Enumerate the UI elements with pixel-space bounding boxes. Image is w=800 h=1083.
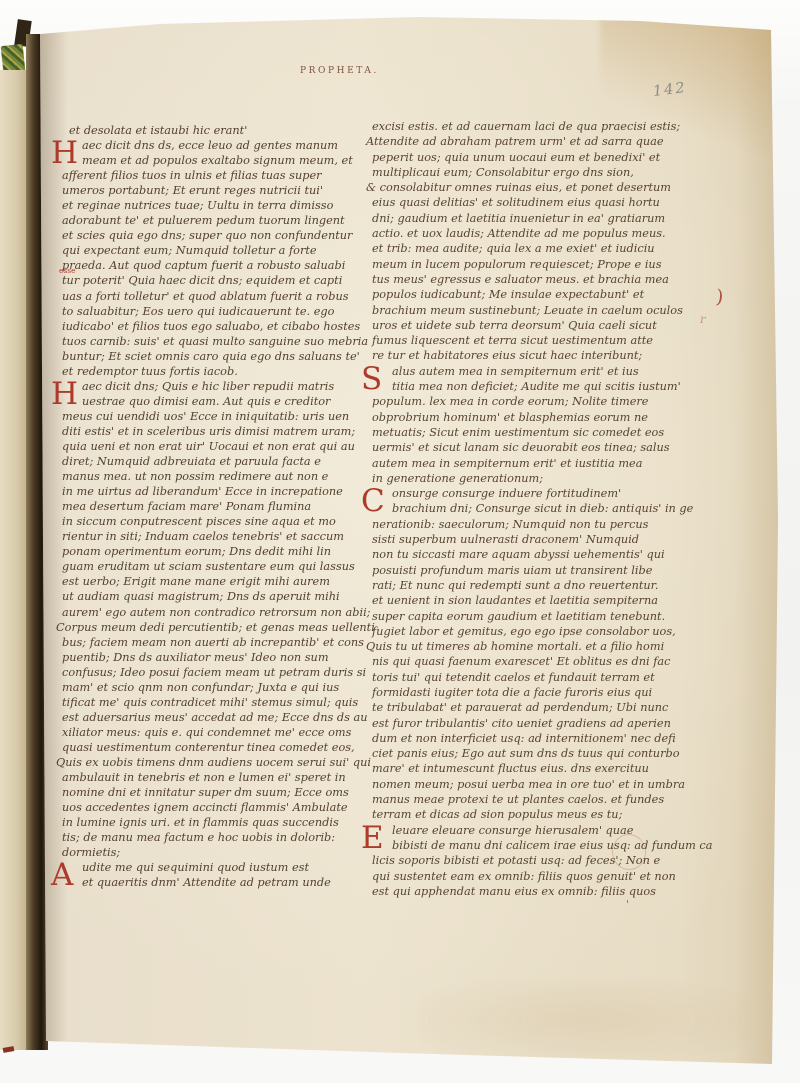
text-line: Haec dicit dns ds, ecce leuo ad gentes m… bbox=[62, 139, 364, 154]
text-line: et desolata et istaubi hic erant' bbox=[62, 124, 364, 139]
text-line: diret; Numquid adbreuiata et paruula fac… bbox=[62, 455, 364, 470]
text-line-content: meum in lucem populorum requiescet; Prop… bbox=[372, 258, 662, 271]
text-line-content: tis; de manu mea factum e hoc uobis in d… bbox=[62, 831, 335, 844]
text-line-content: aec dicit dns; Quis e hic liber repudii … bbox=[82, 380, 334, 393]
text-line-content: titia mea non deficiet; Audite me qui sc… bbox=[392, 380, 681, 393]
text-line: dni; gaudium et laetitia inuenietur in e… bbox=[372, 212, 722, 227]
text-line: adorabunt te' et puluerem pedum tuorum l… bbox=[62, 214, 364, 229]
text-line: ut audiam quasi magistrum; Dns ds aperui… bbox=[62, 590, 364, 605]
text-line: mam' et scio qnm non confundar; Juxta e … bbox=[62, 681, 364, 696]
text-line: multiplicaui eum; Consolabitur ergo dns … bbox=[372, 166, 722, 181]
text-line-content: uas a forti tolletur' et quod ablatum fu… bbox=[62, 290, 349, 303]
text-line-content: manus meae protexi te ut plantes caelos.… bbox=[372, 793, 664, 806]
text-line: Corpus meum dedi percutientib; et genas … bbox=[56, 621, 364, 636]
text-line: bus; faciem meam non auerti ab increpant… bbox=[62, 636, 364, 651]
text-line-content: & consolabitur omnes ruinas eius, et pon… bbox=[366, 181, 671, 194]
text-line: aurem' ego autem non contradico retrorsu… bbox=[62, 606, 364, 621]
text-line-content: bus; faciem meam non auerti ab increpant… bbox=[62, 636, 364, 649]
text-line-content: nerationib: saeculorum; Numquid non tu p… bbox=[372, 518, 648, 531]
text-line-content: mam' et scio qnm non confundar; Juxta e … bbox=[62, 681, 339, 694]
text-line-content: est uerbo; Erigit mane mane erigit mihi … bbox=[62, 575, 330, 588]
text-line: ciet panis eius; Ego aut sum dns ds tuus… bbox=[372, 747, 722, 762]
text-line-content: et scies quia ego dns; super quo non con… bbox=[62, 229, 352, 242]
text-line: eius quasi delitias' et solitudinem eius… bbox=[372, 196, 722, 211]
text-line-content: udite me qui sequimini quod iustum est bbox=[82, 861, 309, 874]
text-line: Consurge consurge induere fortitudinem' bbox=[372, 487, 722, 502]
text-line-content: terram et dicas ad sion populus meus es … bbox=[372, 808, 622, 821]
text-line-content: to saluabitur; Eos uero qui iudicauerunt… bbox=[62, 305, 334, 318]
text-line: non tu siccasti mare aquam abyssi ueheme… bbox=[372, 548, 722, 563]
text-line-content: tur poterit' Quia haec dicit dns; equide… bbox=[62, 274, 342, 287]
text-line-content: tificat me' quis contradicet mihi' stemu… bbox=[62, 696, 358, 709]
text-line: uermis' et sicut lanam sic deuorabit eos… bbox=[372, 441, 722, 456]
text-column-left: esse et desolata et istaubi hic erant'Ha… bbox=[62, 124, 364, 891]
text-line: meus cui uendidi uos' Ecce in iniquitati… bbox=[62, 410, 364, 425]
text-line-content: in me uirtus ad liberandum' Ecce in incr… bbox=[62, 485, 343, 498]
rubric-initial: E bbox=[361, 823, 384, 853]
text-line: ambulauit in tenebris et non e lumen ei'… bbox=[62, 771, 364, 786]
text-line-content: quia ueni et non erat uir' Uocaui et non… bbox=[62, 440, 355, 453]
text-line: et scies quia ego dns; super quo non con… bbox=[62, 229, 364, 244]
text-line: te tribulabat' et parauerat ad perdendum… bbox=[372, 701, 722, 716]
text-line-content: et quaeritis dnm' Attendite ad petram un… bbox=[82, 876, 331, 889]
text-line-content: excisi estis. et ad cauernam laci de qua… bbox=[372, 120, 680, 133]
text-line: populum. lex mea in corde eorum; Nolite … bbox=[372, 395, 722, 410]
text-line: dum et non interficiet usq: ad interniti… bbox=[372, 732, 722, 747]
text-line: uas a forti tolletur' et quod ablatum fu… bbox=[62, 290, 364, 305]
text-line: afferent filios tuos in ulnis et filias … bbox=[62, 169, 364, 184]
text-line-content: est furor tribulantis' cito ueniet gradi… bbox=[372, 717, 671, 730]
text-line-content: populum. lex mea in corde eorum; Nolite … bbox=[372, 395, 648, 408]
text-line-content: autem mea in sempiternum erit' et iustit… bbox=[372, 457, 642, 470]
text-line: puentib; Dns ds auxiliator meus' Ideo no… bbox=[62, 651, 364, 666]
text-line: diti estis' et in sceleribus uris dimisi… bbox=[62, 425, 364, 440]
text-line-content: ponam operimentum eorum; Dns dedit mihi … bbox=[62, 545, 331, 558]
text-line: populos iudicabunt; Me insulae expectabu… bbox=[372, 288, 722, 303]
text-line-content: uermis' et sicut lanam sic deuorabit eos… bbox=[372, 441, 670, 454]
text-column-right: excisi estis. et ad cauernam laci de qua… bbox=[372, 120, 722, 900]
text-line-content: fumus liquescent et terra sicut uestimen… bbox=[372, 334, 653, 347]
text-line: actio. et uox laudis; Attendite ad me po… bbox=[372, 227, 722, 242]
running-title: PROPHETA. bbox=[300, 66, 379, 76]
rubric-initial: H bbox=[51, 379, 78, 409]
text-line: tus meus' egressus e saluator meus. et b… bbox=[372, 273, 722, 288]
text-line: Quis ex uobis timens dnm audiens uocem s… bbox=[56, 756, 364, 771]
text-line: super capita eorum gaudium et laetitiam … bbox=[372, 610, 722, 625]
text-line: est aduersarius meus' accedat ad me; Ecc… bbox=[62, 711, 364, 726]
text-line: nomen meum; posui uerba mea in ore tuo' … bbox=[372, 778, 722, 793]
text-line-content: diret; Numquid adbreuiata et paruula fac… bbox=[62, 455, 321, 468]
text-line: Audite me qui sequimini quod iustum est bbox=[62, 861, 364, 876]
text-line-content: uos accedentes ignem accincti flammis' A… bbox=[62, 801, 348, 814]
rubric-initial: S bbox=[361, 364, 382, 394]
text-line: brachium meum sustinebunt; Leuate in cae… bbox=[372, 304, 722, 319]
text-line-content: puentib; Dns ds auxiliator meus' Ideo no… bbox=[62, 651, 329, 664]
text-line: tuos carnib: suis' et quasi multo sangui… bbox=[62, 335, 364, 350]
text-line: praeda. Aut quod captum fuerit a robusto… bbox=[62, 259, 364, 274]
text-line-content: fugiet labor et gemitus, ego ego ipse co… bbox=[372, 625, 676, 638]
text-line: ponam operimentum eorum; Dns dedit mihi … bbox=[62, 545, 364, 560]
text-line: in siccum conputrescent pisces sine aqua… bbox=[62, 515, 364, 530]
text-line-content: actio. et uox laudis; Attendite ad me po… bbox=[372, 227, 666, 240]
text-line-content: Quis ex uobis timens dnm audiens uocem s… bbox=[56, 756, 371, 769]
text-line-content: xiliator meus: quis e. qui condemnet me'… bbox=[62, 726, 351, 739]
text-line-content: mare' et intumescunt fluctus eius. dns e… bbox=[372, 762, 649, 775]
text-line-content: diti estis' et in sceleribus uris dimisi… bbox=[62, 425, 355, 438]
text-line: buntur; Et sciet omnis caro quia ego dns… bbox=[62, 350, 364, 365]
text-line: uos accedentes ignem accincti flammis' A… bbox=[62, 801, 364, 816]
text-line: fugiet labor et gemitus, ego ego ipse co… bbox=[372, 625, 722, 640]
text-line-content: in generatione generationum; bbox=[372, 472, 543, 485]
text-line-content: et reginae nutrices tuae; Uultu in terra… bbox=[62, 199, 333, 212]
text-line-content: qui sustentet eam ex omnib: filiis quos … bbox=[372, 870, 676, 883]
text-line-content: rientur in siti; Induam caelos tenebris'… bbox=[62, 530, 344, 543]
manuscript-scan: PROPHETA. 142 ) r ' esse et desolata et … bbox=[0, 0, 800, 1083]
text-line: tificat me' quis contradicet mihi' stemu… bbox=[62, 696, 364, 711]
text-line-content: in lumine ignis uri. et in flammis quas … bbox=[62, 816, 339, 829]
text-line: in generatione generationum; bbox=[372, 472, 722, 487]
text-line-content: meus cui uendidi uos' Ecce in iniquitati… bbox=[62, 410, 349, 423]
text-line-content: manus mea. ut non possim redimere aut no… bbox=[62, 470, 328, 483]
text-line: sisti superbum uulnerasti draconem' Numq… bbox=[372, 533, 722, 548]
text-line-content: Attendite ad abraham patrem urm' et ad s… bbox=[366, 135, 664, 148]
text-line: obprobrium hominum' et blasphemias eorum… bbox=[372, 411, 722, 426]
text-line: metuatis; Sicut enim uestimentum sic com… bbox=[372, 426, 722, 441]
text-line-content: confusus; Ideo posui faciem meam ut petr… bbox=[62, 666, 366, 679]
text-line: uestrae quo dimisi eam. Aut quis e credi… bbox=[62, 395, 364, 410]
text-line-content: et desolata et istaubi hic erant' bbox=[69, 124, 247, 137]
text-line: brachium dni; Consurge sicut in dieb: an… bbox=[372, 502, 722, 517]
facing-page-edge bbox=[0, 70, 27, 1050]
text-line-content: iudicabo' et filios tuos ego saluabo, et… bbox=[62, 320, 360, 333]
text-line-content: uros et uidete sub terra deorsum' Quia c… bbox=[372, 319, 657, 332]
text-line: umeros portabunt; Et erunt reges nutrici… bbox=[62, 184, 364, 199]
text-line-content: est aduersarius meus' accedat ad me; Ecc… bbox=[62, 711, 368, 724]
text-line-content: rati; Et nunc qui redempti sunt a dno re… bbox=[372, 579, 658, 592]
text-line: peperit uos; quia unum uocaui eum et ben… bbox=[372, 151, 722, 166]
manuscript-page: PROPHETA. 142 ) r ' esse et desolata et … bbox=[0, 0, 800, 1083]
text-line-content: uestrae quo dimisi eam. Aut quis e credi… bbox=[82, 395, 330, 408]
text-line-content: toris tui' qui tetendit caelos et fundau… bbox=[372, 671, 655, 684]
text-line: to saluabitur; Eos uero qui iudicauerunt… bbox=[62, 305, 364, 320]
text-line: manus meae protexi te ut plantes caelos.… bbox=[372, 793, 722, 808]
text-line-content: tus meus' egressus e saluator meus. et b… bbox=[372, 273, 669, 286]
text-line: uros et uidete sub terra deorsum' Quia c… bbox=[372, 319, 722, 334]
interlinear-gloss: esse bbox=[59, 266, 76, 275]
text-line-content: et trib: mea audite; quia lex a me exiet… bbox=[372, 242, 655, 255]
text-line: meum in lucem populorum requiescet; Prop… bbox=[372, 258, 722, 273]
text-line: manus mea. ut non possim redimere aut no… bbox=[62, 470, 364, 485]
text-line: nerationib: saeculorum; Numquid non tu p… bbox=[372, 518, 722, 533]
text-line: est furor tribulantis' cito ueniet gradi… bbox=[372, 717, 722, 732]
text-line-content: super capita eorum gaudium et laetitiam … bbox=[372, 610, 665, 623]
text-line: et quaeritis dnm' Attendite ad petram un… bbox=[62, 876, 364, 891]
text-line: et reginae nutrices tuae; Uultu in terra… bbox=[62, 199, 364, 214]
rubric-initial: H bbox=[51, 138, 78, 168]
text-line: rientur in siti; Induam caelos tenebris'… bbox=[62, 530, 364, 545]
text-line-content: licis soporis bibisti et potasti usq: ad… bbox=[372, 854, 660, 867]
text-line: & consolabitur omnes ruinas eius, et pon… bbox=[366, 181, 722, 196]
text-line: Salus autem mea in sempiternum erit' et … bbox=[372, 365, 722, 380]
text-line-content: aec dicit dns ds, ecce leuo ad gentes ma… bbox=[82, 139, 338, 152]
text-line: rati; Et nunc qui redempti sunt a dno re… bbox=[372, 579, 722, 594]
text-line-content: umeros portabunt; Et erunt reges nutrici… bbox=[62, 184, 323, 197]
text-line-content: dni; gaudium et laetitia inuenietur in e… bbox=[372, 212, 665, 225]
text-line-content: ciet panis eius; Ego aut sum dns ds tuus… bbox=[372, 747, 680, 760]
text-line: confusus; Ideo posui faciem meam ut petr… bbox=[62, 666, 364, 681]
text-line: formidasti iugiter tota die a facie furo… bbox=[372, 686, 722, 701]
text-line: et redemptor tuus fortis iacob. bbox=[62, 365, 364, 380]
text-line-content: alus autem mea in sempiternum erit' et i… bbox=[392, 365, 639, 378]
text-line-content: mea desertum faciam mare' Ponam flumina bbox=[62, 500, 311, 513]
text-line: qui sustentet eam ex omnib: filiis quos … bbox=[372, 870, 722, 885]
text-line-content: tuos carnib: suis' et quasi multo sangui… bbox=[62, 335, 368, 348]
text-line-content: bibisti de manu dni calicem irae eius us… bbox=[392, 839, 713, 852]
text-line-content: guam eruditam ut sciam sustentare eum qu… bbox=[62, 560, 355, 573]
text-line-content: brachium dni; Consurge sicut in dieb: an… bbox=[392, 502, 693, 515]
text-line: titia mea non deficiet; Audite me qui sc… bbox=[372, 380, 722, 395]
text-line-content: metuatis; Sicut enim uestimentum sic com… bbox=[372, 426, 664, 439]
text-line-content: populos iudicabunt; Me insulae expectabu… bbox=[372, 288, 644, 301]
text-line: quia ueni et non erat uir' Uocaui et non… bbox=[62, 440, 364, 455]
text-line-content: est qui apphendat manu eius ex omnib: fi… bbox=[372, 885, 656, 898]
text-line: qui expectant eum; Numquid tolletur a fo… bbox=[62, 244, 364, 259]
text-line: quasi uestimentum conterentur tinea come… bbox=[62, 741, 364, 756]
text-line-content: et uenient in sion laudantes et laetitia… bbox=[372, 594, 658, 607]
text-line: iudicabo' et filios tuos ego saluabo, et… bbox=[62, 320, 364, 335]
text-line-content: non tu siccasti mare aquam abyssi ueheme… bbox=[372, 548, 665, 561]
text-line-content: te tribulabat' et parauerat ad perdendum… bbox=[372, 701, 668, 714]
text-line-content: qui expectant eum; Numquid tolletur a fo… bbox=[62, 244, 317, 257]
text-line-content: obprobrium hominum' et blasphemias eorum… bbox=[372, 411, 648, 424]
text-line-content: meam et ad populos exaltabo signum meum,… bbox=[82, 154, 353, 167]
text-line: licis soporis bibisti et potasti usq: ad… bbox=[372, 854, 722, 869]
text-line-content: Quis tu ut timeres ab homine mortali. et… bbox=[366, 640, 664, 653]
text-line: toris tui' qui tetendit caelos et fundau… bbox=[372, 671, 722, 686]
text-line-content: praeda. Aut quod captum fuerit a robusto… bbox=[62, 259, 345, 272]
text-line: tur poterit' Quia haec dicit dns; equide… bbox=[62, 274, 364, 289]
text-line: mea desertum faciam mare' Ponam flumina bbox=[62, 500, 364, 515]
text-line: mare' et intumescunt fluctus eius. dns e… bbox=[372, 762, 722, 777]
text-line-content: et redemptor tuus fortis iacob. bbox=[62, 365, 238, 378]
text-line: tis; de manu mea factum e hoc uobis in d… bbox=[62, 831, 364, 846]
text-line-content: buntur; Et sciet omnis caro quia ego dns… bbox=[62, 350, 360, 363]
text-line: xiliator meus: quis e. qui condemnet me'… bbox=[62, 726, 364, 741]
rubric-initial: A bbox=[51, 860, 73, 890]
fore-edge-mark bbox=[3, 1046, 15, 1053]
text-line: posuisti profundum maris uiam ut transir… bbox=[372, 564, 722, 579]
text-line-content: adorabunt te' et puluerem pedum tuorum l… bbox=[62, 214, 345, 227]
text-line: nomine dni et innitatur super dm suum; E… bbox=[62, 786, 364, 801]
text-line: in me uirtus ad liberandum' Ecce in incr… bbox=[62, 485, 364, 500]
text-line-content: quasi uestimentum conterentur tinea come… bbox=[62, 741, 355, 754]
text-line: Haec dicit dns; Quis e hic liber repudii… bbox=[62, 380, 364, 395]
text-line: excisi estis. et ad cauernam laci de qua… bbox=[372, 120, 722, 135]
text-line: re tur et habitatores eius sicut haec in… bbox=[372, 349, 722, 364]
text-line-content: posuisti profundum maris uiam ut transir… bbox=[372, 564, 652, 577]
text-line-content: ambulauit in tenebris et non e lumen ei'… bbox=[62, 771, 346, 784]
text-line-content: re tur et habitatores eius sicut haec in… bbox=[372, 349, 642, 362]
text-line-content: afferent filios tuos in ulnis et filias … bbox=[62, 169, 322, 182]
text-line-content: dum et non interficiet usq: ad interniti… bbox=[372, 732, 676, 745]
text-line-content: nis qui quasi faenum exarescet' Et oblit… bbox=[372, 655, 670, 668]
text-line-content: leuare eleuare consurge hierusalem' quae bbox=[392, 824, 633, 837]
text-line: fumus liquescent et terra sicut uestimen… bbox=[372, 334, 722, 349]
text-line: autem mea in sempiternum erit' et iustit… bbox=[372, 457, 722, 472]
text-line: est qui apphendat manu eius ex omnib: fi… bbox=[372, 885, 722, 900]
text-line-content: in siccum conputrescent pisces sine aqua… bbox=[62, 515, 336, 528]
text-line-content: ut audiam quasi magistrum; Dns ds aperui… bbox=[62, 590, 340, 603]
text-line-content: multiplicaui eum; Consolabitur ergo dns … bbox=[372, 166, 634, 179]
text-line: et uenient in sion laudantes et laetitia… bbox=[372, 594, 722, 609]
text-line: guam eruditam ut sciam sustentare eum qu… bbox=[62, 560, 364, 575]
text-line: Attendite ad abraham patrem urm' et ad s… bbox=[366, 135, 722, 150]
text-line: bibisti de manu dni calicem irae eius us… bbox=[372, 839, 722, 854]
text-line-content: peperit uos; quia unum uocaui eum et ben… bbox=[372, 151, 660, 164]
text-line-content: nomen meum; posui uerba mea in ore tuo' … bbox=[372, 778, 685, 791]
text-line-content: brachium meum sustinebunt; Leuate in cae… bbox=[372, 304, 683, 317]
text-line-content: aurem' ego autem non contradico retrorsu… bbox=[62, 606, 371, 619]
text-line: est uerbo; Erigit mane mane erigit mihi … bbox=[62, 575, 364, 590]
text-line: Quis tu ut timeres ab homine mortali. et… bbox=[366, 640, 722, 655]
bookmark-tassel bbox=[1, 44, 26, 73]
text-line: terram et dicas ad sion populus meus es … bbox=[372, 808, 722, 823]
text-line-content: nomine dni et innitatur super dm suum; E… bbox=[62, 786, 349, 799]
text-line: in lumine ignis uri. et in flammis quas … bbox=[62, 816, 364, 831]
rubric-initial: C bbox=[361, 486, 385, 516]
text-line: et trib: mea audite; quia lex a me exiet… bbox=[372, 242, 722, 257]
text-line: meam et ad populos exaltabo signum meum,… bbox=[62, 154, 364, 169]
text-line-content: formidasti iugiter tota die a facie furo… bbox=[372, 686, 652, 699]
text-line-content: eius quasi delitias' et solitudinem eius… bbox=[372, 196, 660, 209]
text-line: Eleuare eleuare consurge hierusalem' qua… bbox=[372, 824, 722, 839]
text-line: dormietis; bbox=[62, 846, 364, 861]
parchment-stain bbox=[420, 980, 750, 1060]
text-line-content: Corpus meum dedi percutientib; et genas … bbox=[56, 621, 375, 634]
text-line-content: sisti superbum uulnerasti draconem' Numq… bbox=[372, 533, 639, 546]
text-line-content: onsurge consurge induere fortitudinem' bbox=[392, 487, 621, 500]
text-line: nis qui quasi faenum exarescet' Et oblit… bbox=[372, 655, 722, 670]
